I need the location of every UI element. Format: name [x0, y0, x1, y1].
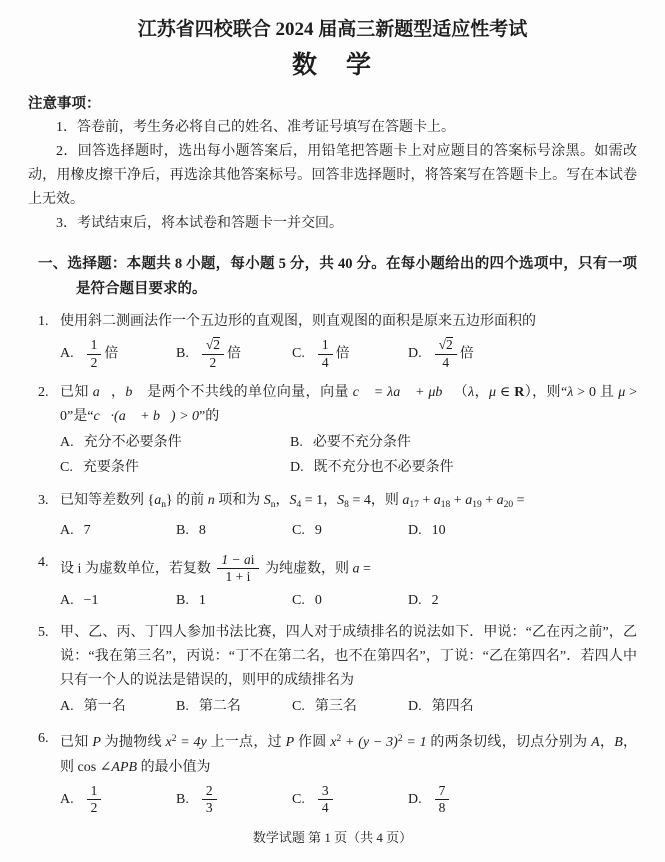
option-d: D.第四名: [408, 695, 474, 719]
notice-item-1: 1．答卷前，考生务必将自己的姓名、准考证号填写在答题卡上。: [28, 116, 637, 140]
question-stem: 已知 a⃗，b⃗ 是两个不共线的单位向量，向量 c⃗ = λa⃗ + μb⃗（λ…: [60, 381, 637, 429]
question-4: 4. 设 i 为虚数单位，若复数 1 − ai1 + i 为纯虚数，则 a = …: [38, 551, 637, 614]
option-d: D.10: [408, 519, 446, 543]
option-a: A.7: [60, 519, 176, 543]
question-body: 已知等差数列 {an} 的前 n 项和为 Sn，S4 = 1，S8 = 4，则 …: [60, 489, 637, 543]
question-stem: 已知 P 为抛物线 x2 = 4y 上一点，过 P 作圆 x2 + (y − 3…: [60, 727, 637, 779]
question-1: 1. 使用斜二测画法作一个五边形的直观图，则直观图的面积是原来五边形面积的 A.…: [38, 310, 637, 373]
option-d: D.78: [408, 782, 452, 819]
question-number: 6.: [38, 727, 60, 818]
option-c: C.充要条件: [60, 456, 290, 480]
question-body: 已知 P 为抛物线 x2 = 4y 上一点，过 P 作圆 x2 + (y − 3…: [60, 727, 637, 818]
question-body: 已知 a⃗，b⃗ 是两个不共线的单位向量，向量 c⃗ = λa⃗ + μb⃗（λ…: [60, 381, 637, 481]
option-b: B.8: [176, 519, 292, 543]
exam-page: 江苏省四校联合 2024 届高三新题型适应性考试 数 学 注意事项： 1．答卷前…: [0, 0, 665, 862]
option-b: B.第二名: [176, 695, 292, 719]
exam-title: 江苏省四校联合 2024 届高三新题型适应性考试: [28, 18, 637, 42]
question-stem: 使用斜二测画法作一个五边形的直观图，则直观图的面积是原来五边形面积的: [60, 310, 637, 334]
question-stem: 已知等差数列 {an} 的前 n 项和为 Sn，S4 = 1，S8 = 4，则 …: [60, 489, 637, 517]
notice-item-2: 2．回答选择题时，选出每小题答案后，用铅笔把答题卡上对应题目的答案标号涂黑。如需…: [28, 140, 637, 212]
option-c: C.14倍: [292, 336, 408, 373]
option-b: B.必要不充分条件: [290, 431, 520, 455]
question-body: 设 i 为虚数单位，若复数 1 − ai1 + i 为纯虚数，则 a = A.−…: [60, 551, 637, 614]
options-grid: A.充分不必要条件 B.必要不充分条件 C.充要条件 D.既不充分也不必要条件: [60, 431, 637, 481]
options-row: A.12倍 B.√22倍 C.14倍 D.√24倍: [60, 336, 637, 373]
options-row: A.第一名 B.第二名 C.第三名 D.第四名: [60, 695, 637, 719]
question-5: 5. 甲、乙、丙、丁四人参加书法比赛，四人对于成绩排名的说法如下．甲说：“乙在丙…: [38, 621, 637, 719]
option-a: A.充分不必要条件: [60, 431, 290, 455]
option-b: B.23: [176, 782, 292, 819]
question-number: 1.: [38, 310, 60, 373]
option-d: D.√24倍: [408, 336, 474, 373]
options-row: A.7 B.8 C.9 D.10: [60, 519, 637, 543]
notice-item-3: 3．考试结束后，将本试卷和答题卡一并交回。: [28, 212, 637, 236]
subject-title: 数 学: [28, 50, 637, 82]
options-row: A.−1 B.1 C.0 D.2: [60, 589, 637, 613]
option-c: C.第三名: [292, 695, 408, 719]
option-b: B.√22倍: [176, 336, 292, 373]
option-c: C.34: [292, 782, 408, 819]
question-6: 6. 已知 P 为抛物线 x2 = 4y 上一点，过 P 作圆 x2 + (y …: [38, 727, 637, 818]
question-3: 3. 已知等差数列 {an} 的前 n 项和为 Sn，S4 = 1，S8 = 4…: [38, 489, 637, 543]
question-number: 5.: [38, 621, 60, 719]
question-number: 2.: [38, 381, 60, 481]
option-c: C.0: [292, 589, 408, 613]
question-stem: 甲、乙、丙、丁四人参加书法比赛，四人对于成绩排名的说法如下．甲说：“乙在丙之前”…: [60, 621, 637, 693]
options-row: A.12 B.23 C.34 D.78: [60, 782, 637, 819]
option-d: D.既不充分也不必要条件: [290, 456, 454, 480]
option-b: B.1: [176, 589, 292, 613]
question-body: 甲、乙、丙、丁四人参加书法比赛，四人对于成绩排名的说法如下．甲说：“乙在丙之前”…: [60, 621, 637, 719]
section-heading: 一、选择题：本题共 8 小题，每小题 5 分，共 40 分。在每小题给出的四个选…: [38, 252, 637, 302]
option-a: A.12倍: [60, 336, 176, 373]
question-number: 3.: [38, 489, 60, 543]
option-a: A.12: [60, 782, 176, 819]
question-number: 4.: [38, 551, 60, 614]
option-a: A.−1: [60, 589, 176, 613]
notice-heading: 注意事项：: [28, 92, 637, 116]
question-stem: 设 i 为虚数单位，若复数 1 − ai1 + i 为纯虚数，则 a =: [60, 551, 637, 588]
notice-section: 注意事项： 1．答卷前，考生务必将自己的姓名、准考证号填写在答题卡上。 2．回答…: [28, 92, 637, 236]
question-body: 使用斜二测画法作一个五边形的直观图，则直观图的面积是原来五边形面积的 A.12倍…: [60, 310, 637, 373]
option-a: A.第一名: [60, 695, 176, 719]
option-d: D.2: [408, 589, 439, 613]
question-2: 2. 已知 a⃗，b⃗ 是两个不共线的单位向量，向量 c⃗ = λa⃗ + μb…: [38, 381, 637, 481]
page-footer: 数学试题 第 1 页（共 4 页）: [0, 826, 665, 850]
option-c: C.9: [292, 519, 408, 543]
